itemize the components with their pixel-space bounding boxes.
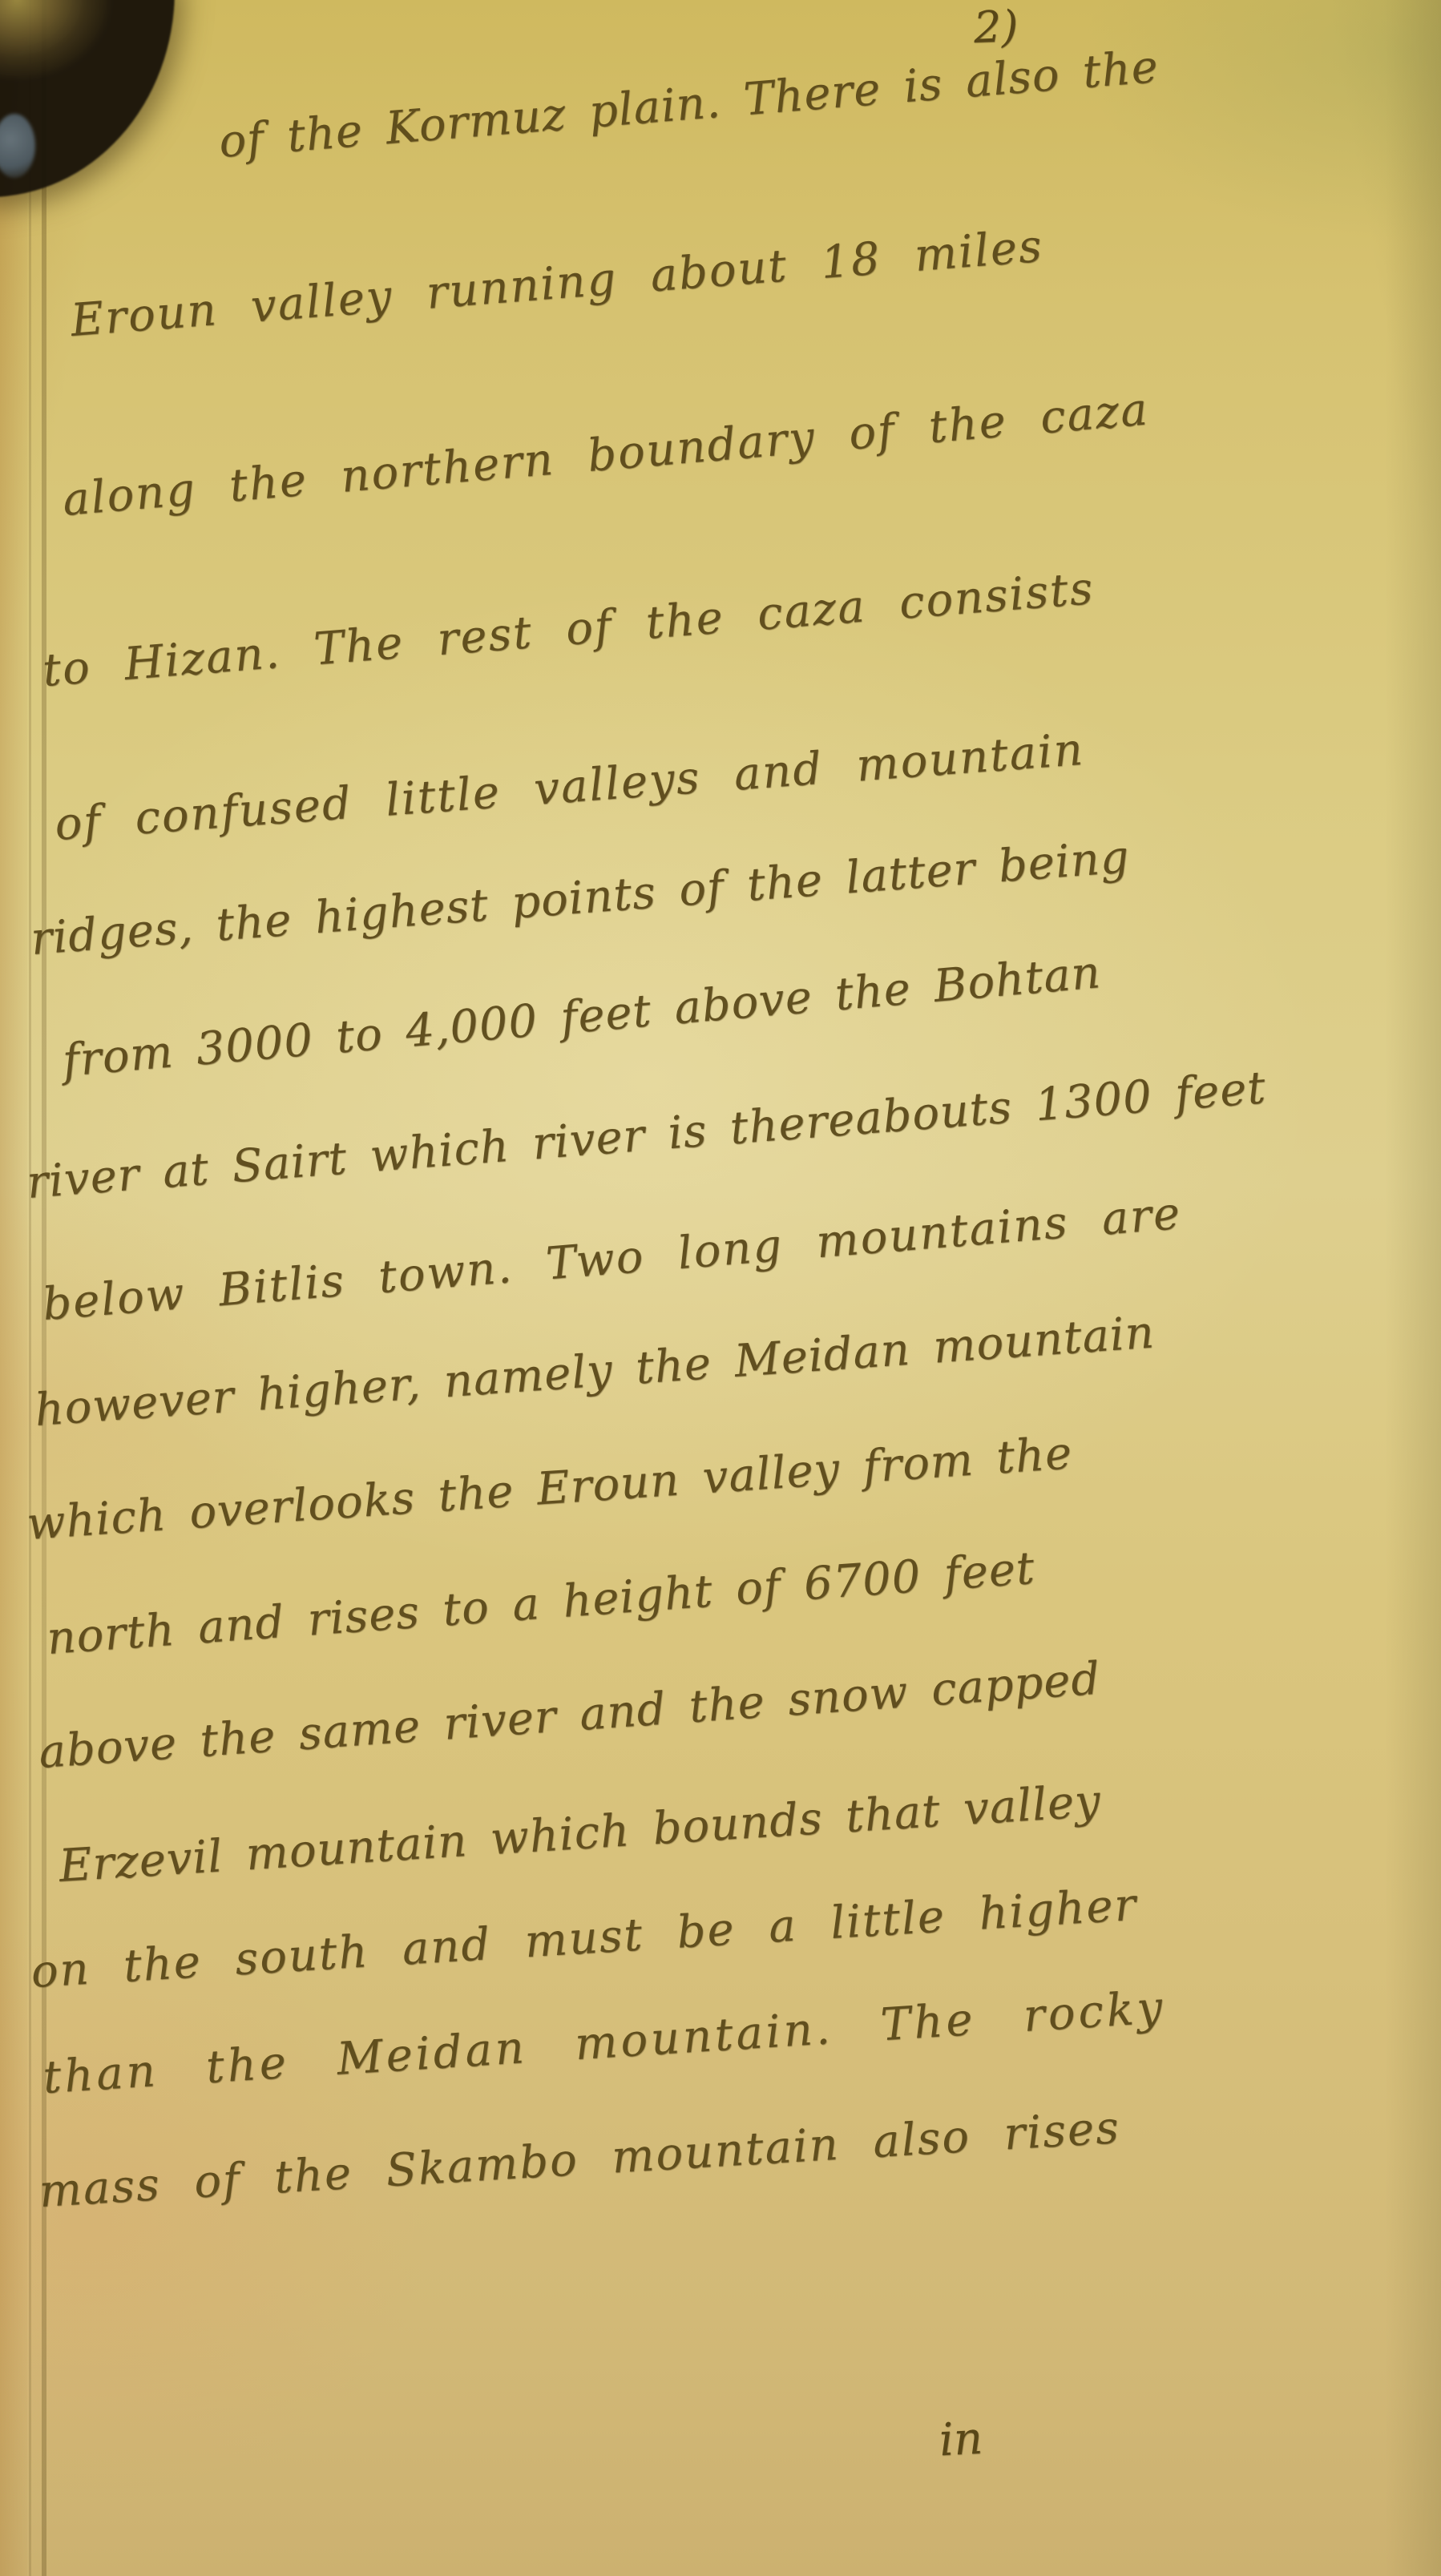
manuscript-line: ridges, the highest points of the latter… — [29, 831, 1132, 965]
catchword: in — [938, 2413, 983, 2467]
manuscript-line: Eroun valley running about 18 miles — [69, 220, 1045, 347]
manuscript-line: of confused little valleys and mountain — [53, 724, 1086, 851]
manuscript-line: to Hizan. The rest of the caza consists — [41, 562, 1096, 697]
manuscript-line: mass of the Skambo mountain also rises — [38, 2102, 1122, 2218]
manuscript-line: above the same river and the snow capped — [37, 1653, 1102, 1779]
manuscript-line: below Bitlis town. Two long mountains ar… — [41, 1187, 1184, 1331]
manuscript-line: river at Sairt which river is thereabout… — [25, 1062, 1268, 1209]
manuscript-page-photo: 2) of the Kormuz plain. There is also th… — [0, 0, 1441, 2576]
gutter-crease-faint — [29, 0, 31, 2576]
manuscript-line: of the Kormuz plain. There is also the — [217, 41, 1160, 168]
manuscript-line: however higher, namely the Meidan mounta… — [33, 1306, 1156, 1437]
manuscript-line: on the south and must be a little higher — [30, 1879, 1139, 1998]
manuscript-line: which overlooks the Eroun valley from th… — [25, 1427, 1074, 1550]
manuscript-line: Erzevil mountain which bounds that valle… — [58, 1775, 1103, 1893]
manuscript-line: from 3000 to 4,000 feet above the Bohtan — [61, 946, 1104, 1087]
right-edge-shade — [1385, 0, 1441, 2576]
page-edge-strip — [0, 0, 27, 2576]
manuscript-line: north and rises to a height of 6700 feet — [45, 1542, 1036, 1665]
manuscript-line: than the Meidan mountain. The rocky — [42, 1981, 1167, 2104]
manuscript-line: along the northern boundary of the caza — [61, 383, 1151, 526]
page-number: 2) — [973, 1, 1019, 53]
